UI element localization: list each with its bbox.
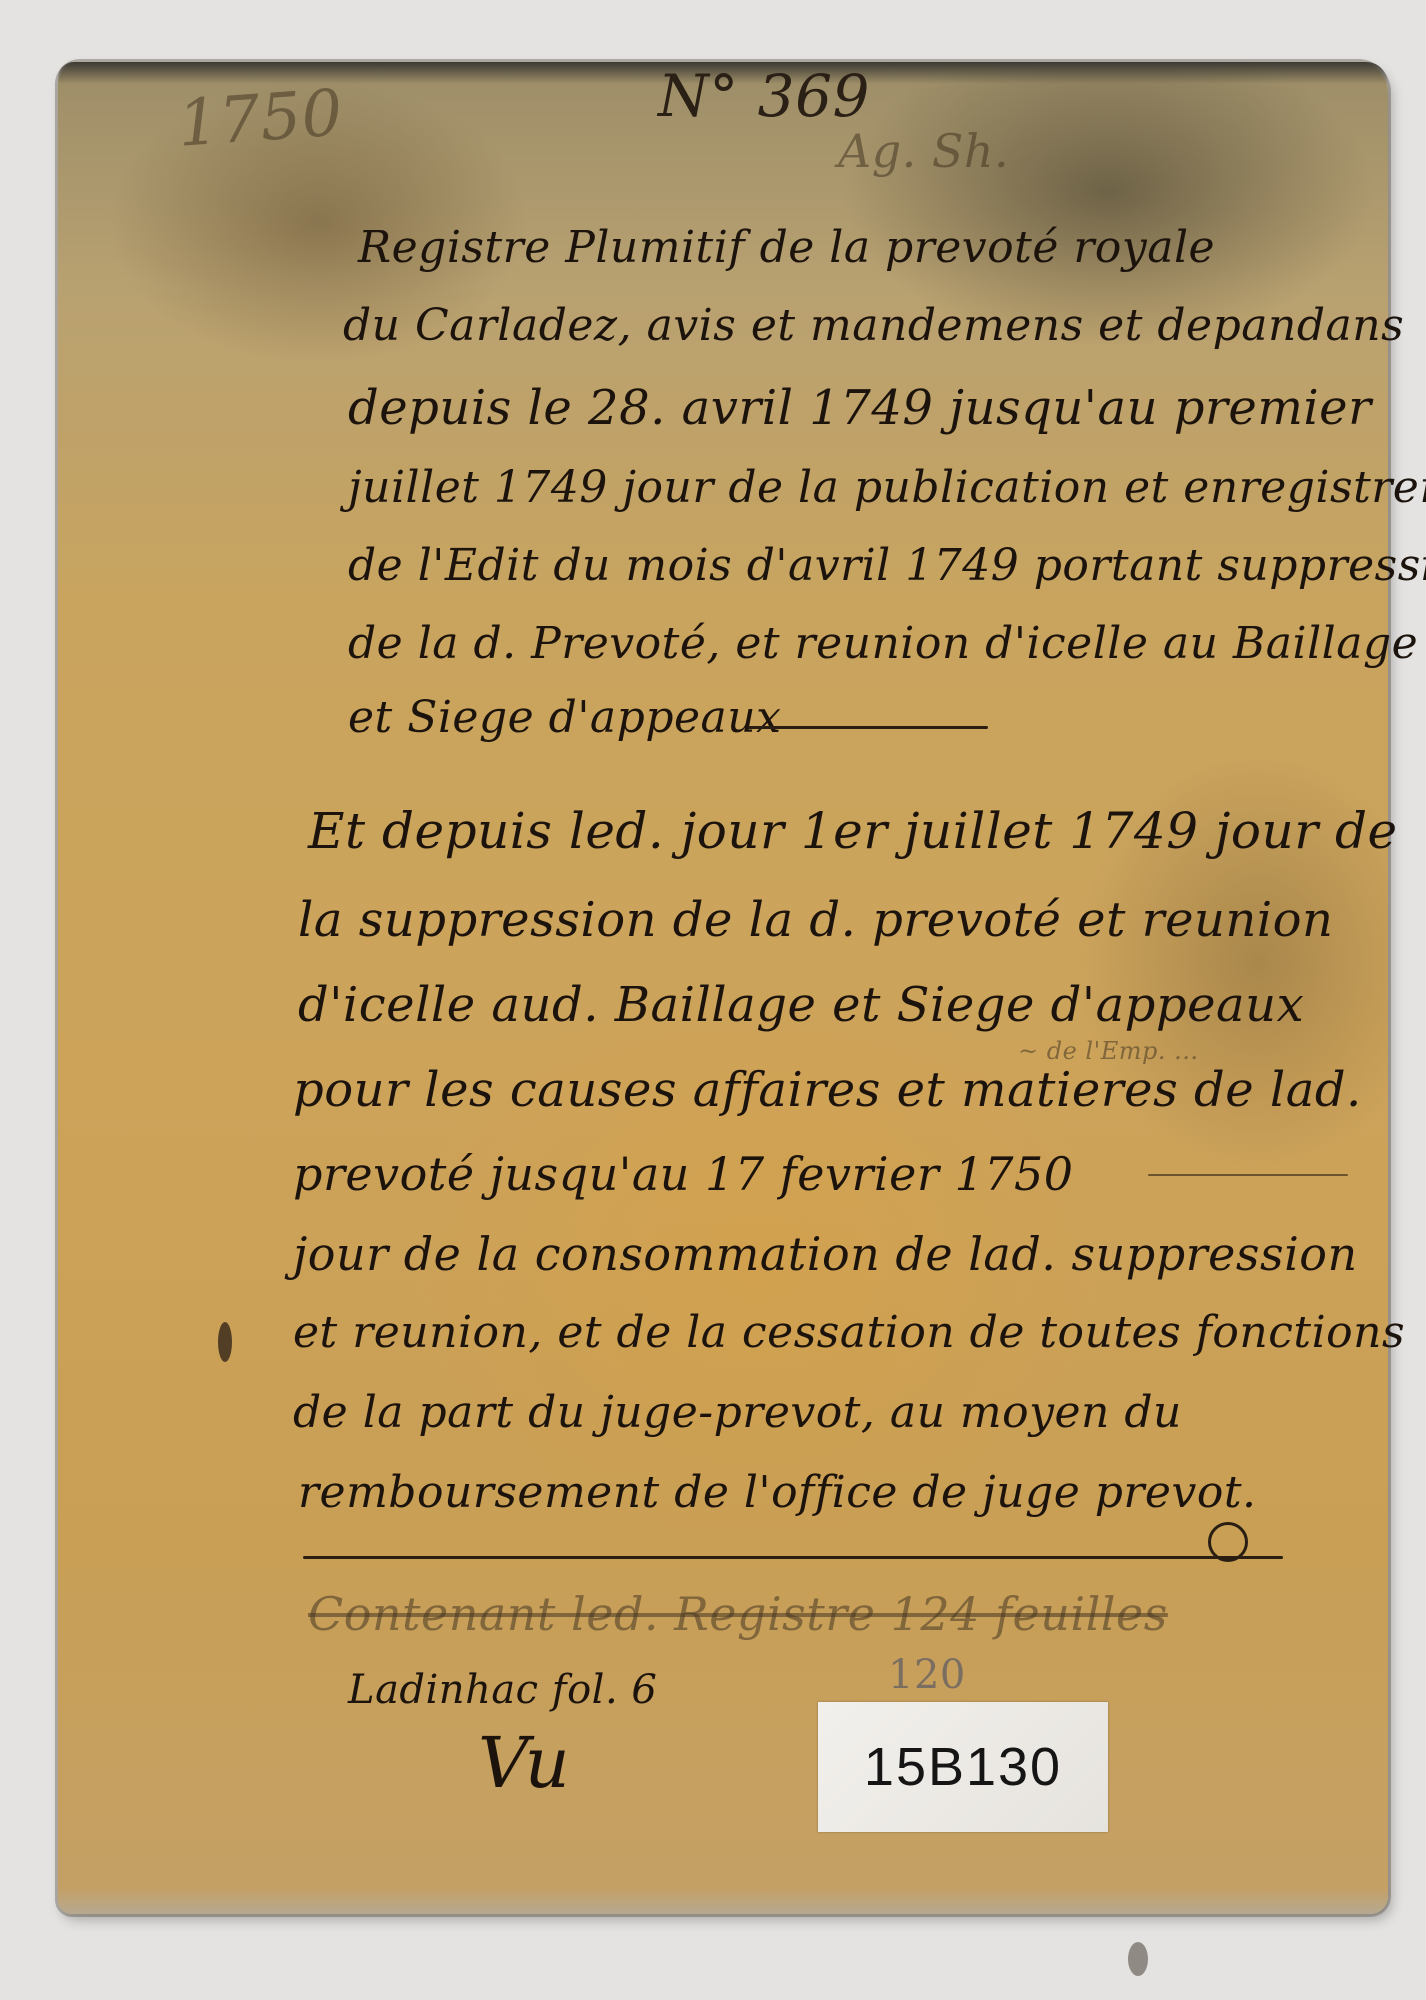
ink-blot: [218, 1322, 232, 1362]
body-line-5: prevoté jusqu'au 17 fevrier 1750: [293, 1147, 1074, 1201]
title-line-4: juillet 1749 jour de la publication et e…: [348, 462, 1426, 513]
body-line-4: pour les causes affaires et matieres de …: [293, 1062, 1362, 1118]
shelf-mark-label: 15B130: [818, 1702, 1108, 1832]
title-line-3: depuis le 28. avril 1749 jusqu'au premie…: [348, 380, 1372, 436]
interlinear-note: ~ de l'Emp. ...: [1018, 1037, 1199, 1065]
body-line-8: de la part du juge-prevot, au moyen du: [293, 1387, 1182, 1438]
pencil-number: 120: [888, 1652, 966, 1698]
closing-flourish-rule: [303, 1556, 1283, 1559]
title-line-7: et Siege d'appeaux: [348, 692, 781, 743]
title-line-1: Registre Plumitif de la prevoté royale: [358, 222, 1215, 273]
body-line-3: d'icelle aud. Baillage et Siege d'appeau…: [298, 977, 1304, 1033]
body-line-1: Et depuis led. jour 1er juillet 1749 jou…: [308, 802, 1398, 860]
body-line-2: la suppression de la d. prevoté et reuni…: [298, 892, 1333, 948]
title-line-2: du Carladez, avis et mandemens et depand…: [343, 300, 1404, 351]
register-cover: 1750 N° 369 Ag. Sh. Registre Plumitif de…: [58, 62, 1388, 1914]
shelf-mark-text: 15B130: [864, 1736, 1062, 1798]
title-end-rule: [748, 726, 988, 729]
body-line-6: jour de la consommation de lad. suppress…: [293, 1227, 1358, 1281]
title-line-5: de l'Edit du mois d'avril 1749 portant s…: [348, 540, 1426, 591]
signature-vu: Vu: [478, 1722, 570, 1804]
body-line-9: remboursement de l'office de juge prevot…: [298, 1467, 1257, 1518]
date-trailing-rule: [1148, 1174, 1348, 1176]
title-line-6: de la d. Prevoté, et reunion d'icelle au…: [348, 618, 1418, 669]
struck-register-note: Contenant led. Registre 124 feuilles: [308, 1587, 1168, 1641]
ink-blot: [1128, 1942, 1148, 1976]
year-annotation: 1750: [176, 76, 346, 161]
inventory-note: Ladinhac fol. 6: [348, 1667, 657, 1713]
abbrev-annotation: Ag. Sh.: [838, 124, 1009, 178]
register-number: N° 369: [658, 62, 870, 130]
body-line-7: et reunion, et de la cessation de toutes…: [293, 1307, 1405, 1358]
flourish-curl-icon: [1208, 1522, 1248, 1562]
